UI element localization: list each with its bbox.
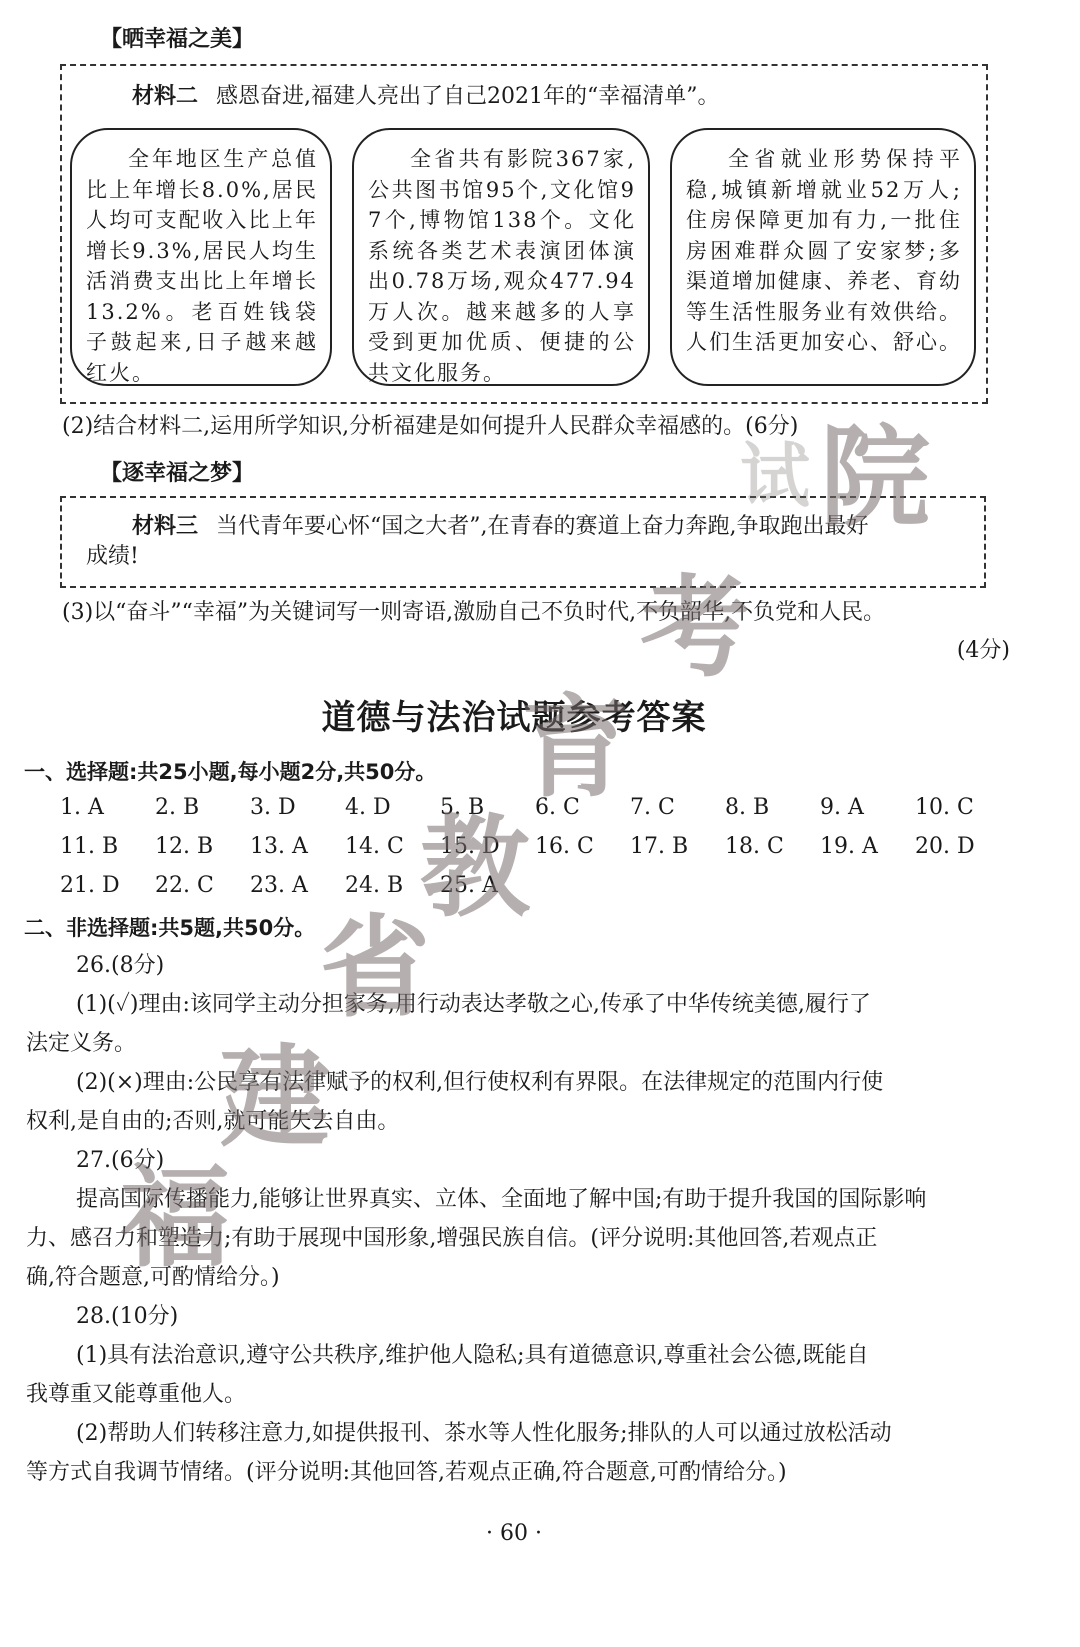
mc-answer: 15. D	[440, 827, 535, 866]
mc-answer: 23. A	[250, 866, 345, 905]
mc-answer-grid: 1. A 2. B 3. D 4. D 5. B 6. C 7. C 8. B …	[60, 788, 1010, 905]
question-3: (3)以“奋斗”“幸福”为关键词写一则寄语,激励自己不负时代,不负韶华,不负党和…	[62, 594, 885, 632]
part2-heading: 二、非选择题:共5题,共50分。	[24, 912, 315, 942]
q28-a2-line2: 等方式自我调节情绪。(评分说明:其他回答,若观点正确,符合题意,可酌情给分。)	[26, 1453, 1066, 1492]
mc-answer: 6. C	[535, 788, 630, 827]
section-title-pursue-dream: 【逐幸福之梦】	[100, 456, 254, 487]
material2-intro: 感恩奋进,福建人亮出了自己2021年的“幸福清单”。	[216, 84, 719, 109]
question-2: (2)结合材料二,运用所学知识,分析福建是如何提升人民群众幸福感的。(6分)	[62, 408, 798, 446]
bubble-culture: 全省共有影院367家,公共图书馆95个,文化馆97个,博物馆138个。文化系统各…	[352, 128, 650, 386]
bubble-economy: 全年地区生产总值比上年增长8.0%,居民人均可支配收入比上年增长9.3%,居民人…	[70, 128, 332, 386]
q26-a2-line1: (2)(×)理由:公民享有法律赋予的权利,但行使权利有界限。在法律规定的范围内行…	[26, 1063, 1066, 1102]
mc-answer: 11. B	[60, 827, 155, 866]
mc-answer: 21. D	[60, 866, 155, 905]
q28-block: 28.(10分) (1)具有法治意识,遵守公共秩序,维护他人隐私;具有道德意识,…	[26, 1297, 1066, 1492]
mc-answer: 12. B	[155, 827, 250, 866]
section-title-show-happiness: 【晒幸福之美】	[100, 22, 254, 53]
q26-a1-line1: (1)(✓)理由:该同学主动分担家务,用行动表达孝敬之心,传承了中华传统美德,履…	[26, 985, 1066, 1024]
bubble-economy-text: 全年地区生产总值比上年增长8.0%,居民人均可支配收入比上年增长9.3%,居民人…	[86, 144, 318, 388]
mc-answer: 16. C	[535, 827, 630, 866]
q26-block: 26.(8分) (1)(✓)理由:该同学主动分担家务,用行动表达孝敬之心,传承了…	[26, 946, 1066, 1141]
mc-answer: 17. B	[630, 827, 725, 866]
mc-answer: 4. D	[345, 788, 440, 827]
answer-key-title: 道德与法治试题参考答案	[0, 690, 1028, 739]
mc-answer: 5. B	[440, 788, 535, 827]
q27-line1: 提高国际传播能力,能够让世界真实、立体、全面地了解中国;有助于提升我国的国际影响	[26, 1180, 1066, 1219]
bubble-culture-text: 全省共有影院367家,公共图书馆95个,文化馆97个,博物馆138个。文化系统各…	[368, 144, 636, 388]
q28-head: 28.(10分)	[26, 1297, 1066, 1336]
bubble-livelihood: 全省就业形势保持平稳,城镇新增就业52万人;住房保障更加有力,一批住房困难群众圆…	[670, 128, 976, 386]
material3-line1: 材料三当代青年要心怀“国之大者”,在青春的赛道上奋力奔跑,争取跑出最好	[132, 508, 869, 546]
mc-answer: 3. D	[250, 788, 345, 827]
mc-answer: 2. B	[155, 788, 250, 827]
mc-answer: 8. B	[725, 788, 820, 827]
mc-answer: 13. A	[250, 827, 345, 866]
mc-answer: 9. A	[820, 788, 915, 827]
q28-a1-line1: (1)具有法治意识,遵守公共秩序,维护他人隐私;具有道德意识,尊重社会公德,既能…	[26, 1336, 1066, 1375]
mc-answer: 7. C	[630, 788, 725, 827]
material3-label: 材料三	[132, 514, 198, 539]
part1-heading: 一、选择题:共25小题,每小题2分,共50分。	[24, 756, 436, 786]
material2-intro-line: 材料二感恩奋进,福建人亮出了自己2021年的“幸福清单”。	[132, 78, 720, 116]
mc-answer: 18. C	[725, 827, 820, 866]
question-3-score: (4分)	[957, 632, 1010, 670]
q27-line3: 确,符合题意,可酌情给分。)	[26, 1258, 1066, 1297]
q27-block: 27.(6分) 提高国际传播能力,能够让世界真实、立体、全面地了解中国;有助于提…	[26, 1141, 1066, 1297]
mc-answer: 20. D	[915, 827, 1010, 866]
mc-answer: 22. C	[155, 866, 250, 905]
q27-line2: 力、感召力和塑造力;有助于展现中国形象,增强民族自信。(评分说明:其他回答,若观…	[26, 1219, 1066, 1258]
mc-answer: 19. A	[820, 827, 915, 866]
bubble-livelihood-text: 全省就业形势保持平稳,城镇新增就业52万人;住房保障更加有力,一批住房困难群众圆…	[686, 144, 962, 358]
q26-a2-line2: 权利,是自由的;否则,就可能失去自由。	[26, 1102, 1066, 1141]
mc-answer: 1. A	[60, 788, 155, 827]
q28-a2-line1: (2)帮助人们转移注意力,如提供报刊、茶水等人性化服务;排队的人可以通过放松活动	[26, 1414, 1066, 1453]
mc-answer: 24. B	[345, 866, 440, 905]
mc-answer: 25. A	[440, 866, 535, 905]
q26-a1-line2: 法定义务。	[26, 1024, 1066, 1063]
material2-label: 材料二	[132, 84, 198, 109]
q27-head: 27.(6分)	[26, 1141, 1066, 1180]
q28-a1-line2: 我尊重又能尊重他人。	[26, 1375, 1066, 1414]
mc-answer: 14. C	[345, 827, 440, 866]
page-number: · 60 ·	[0, 1515, 1028, 1553]
q26-head: 26.(8分)	[26, 946, 1066, 985]
material3-line2: 成绩!	[86, 538, 139, 576]
mc-answer: 10. C	[915, 788, 1010, 827]
material3-text: 当代青年要心怀“国之大者”,在青春的赛道上奋力奔跑,争取跑出最好	[216, 514, 868, 539]
